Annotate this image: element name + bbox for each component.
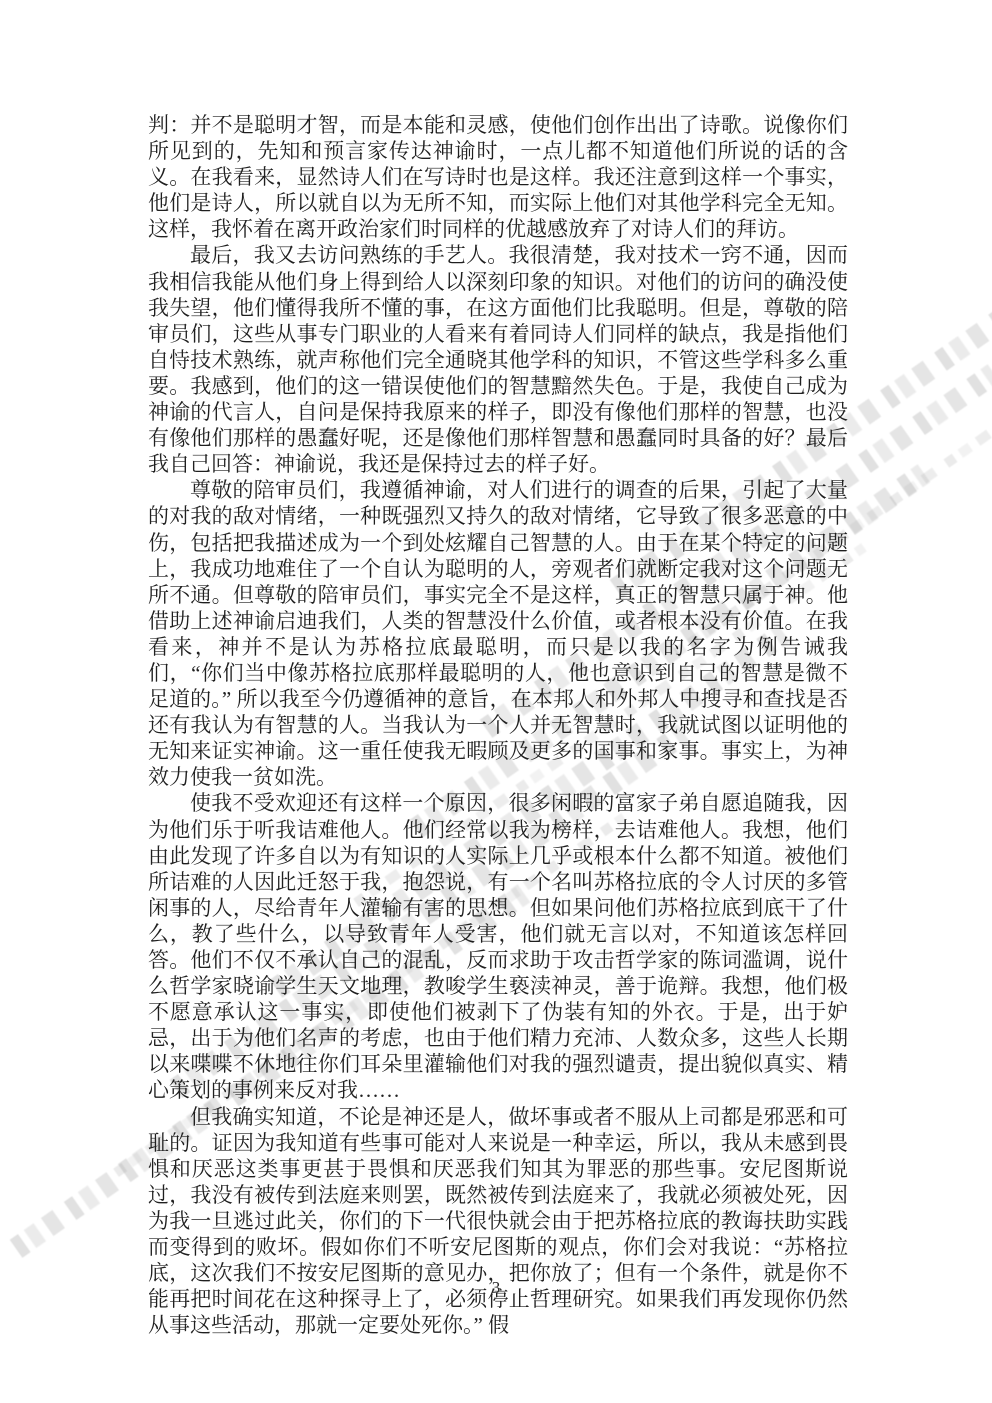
body-text: 判：并不是聪明才智，而是本能和灵感，使他们创作出出了诗歌。说像你们所见到的，先知… — [148, 112, 848, 1338]
paragraph: 最后，我又去访问熟练的手艺人。我很清楚，我对技术一窍不通，因而我相信我能从他们身… — [148, 242, 848, 477]
paragraph: 判：并不是聪明才智，而是本能和灵感，使他们创作出出了诗歌。说像你们所见到的，先知… — [148, 112, 848, 242]
paragraph: 但我确实知道，不论是神还是人，做坏事或者不服从上司都是邪恶和可耻的。证因为我知道… — [148, 1104, 848, 1339]
paragraph: 尊敬的陪审员们，我遵循神谕，对人们进行的调查的后果，引起了大量的对我的敌对情绪，… — [148, 477, 848, 790]
page-number: 3 — [0, 1278, 992, 1298]
paragraph: 使我不受欢迎还有这样一个原因，很多闲暇的富家子弟自愿追随我，因为他们乐于听我诘难… — [148, 790, 848, 1103]
document-page: 判：并不是聪明才智，而是本能和灵感，使他们创作出出了诗歌。说像你们所见到的，先知… — [0, 0, 992, 1403]
